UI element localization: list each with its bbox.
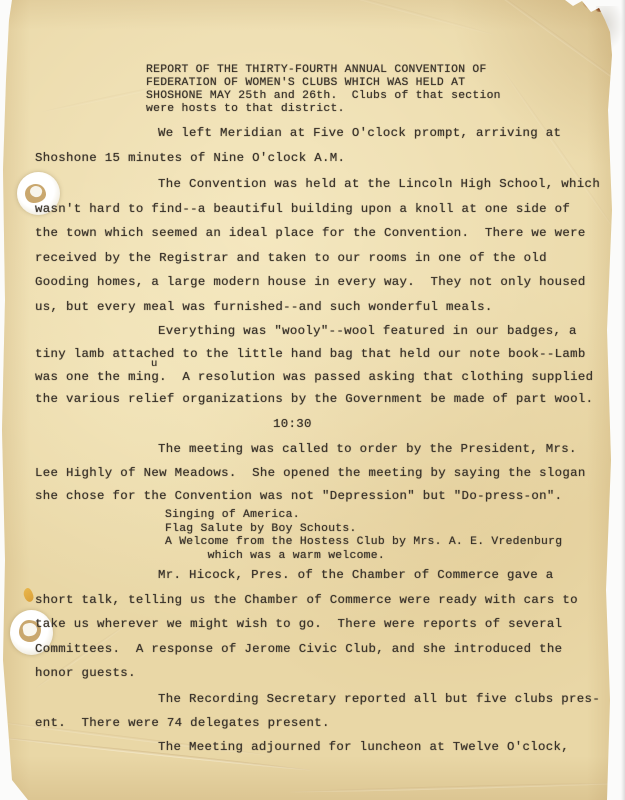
paper-crease (290, 782, 625, 794)
paper-mark (22, 587, 35, 603)
program-list: Singing of America. Flag Salute by Boy S… (165, 509, 562, 563)
time-marker: 10:30 (273, 412, 312, 436)
paper-sheet: REPORT OF THE THIRTY-FOURTH ANNUAL CONVE… (0, 0, 625, 800)
paragraph-arrival: We left Meridian at Five O'clock prompt,… (35, 121, 561, 170)
paragraph-chamber-of-commerce: Mr. Hicock, Pres. of the Chamber of Comm… (35, 563, 578, 686)
paragraph-recording-secretary: The Recording Secretary reported all but… (35, 688, 600, 735)
report-heading: REPORT OF THE THIRTY-FOURTH ANNUAL CONVE… (146, 64, 501, 116)
overtype-correction: u (151, 359, 158, 369)
paragraph-adjournment: The Meeting adjourned for luncheon at Tw… (35, 736, 569, 759)
paragraph-call-to-order: The meeting was called to order by the P… (35, 438, 586, 509)
paragraph-wool-theme: Everything was "wooly"--wool featured in… (35, 320, 593, 411)
paragraph-convention-venue: The Convention was held at the Lincoln H… (35, 172, 600, 319)
paper-crease (303, 0, 497, 37)
scanner-edge-shadow (621, 0, 625, 800)
scanned-document: REPORT OF THE THIRTY-FOURTH ANNUAL CONVE… (0, 0, 625, 800)
